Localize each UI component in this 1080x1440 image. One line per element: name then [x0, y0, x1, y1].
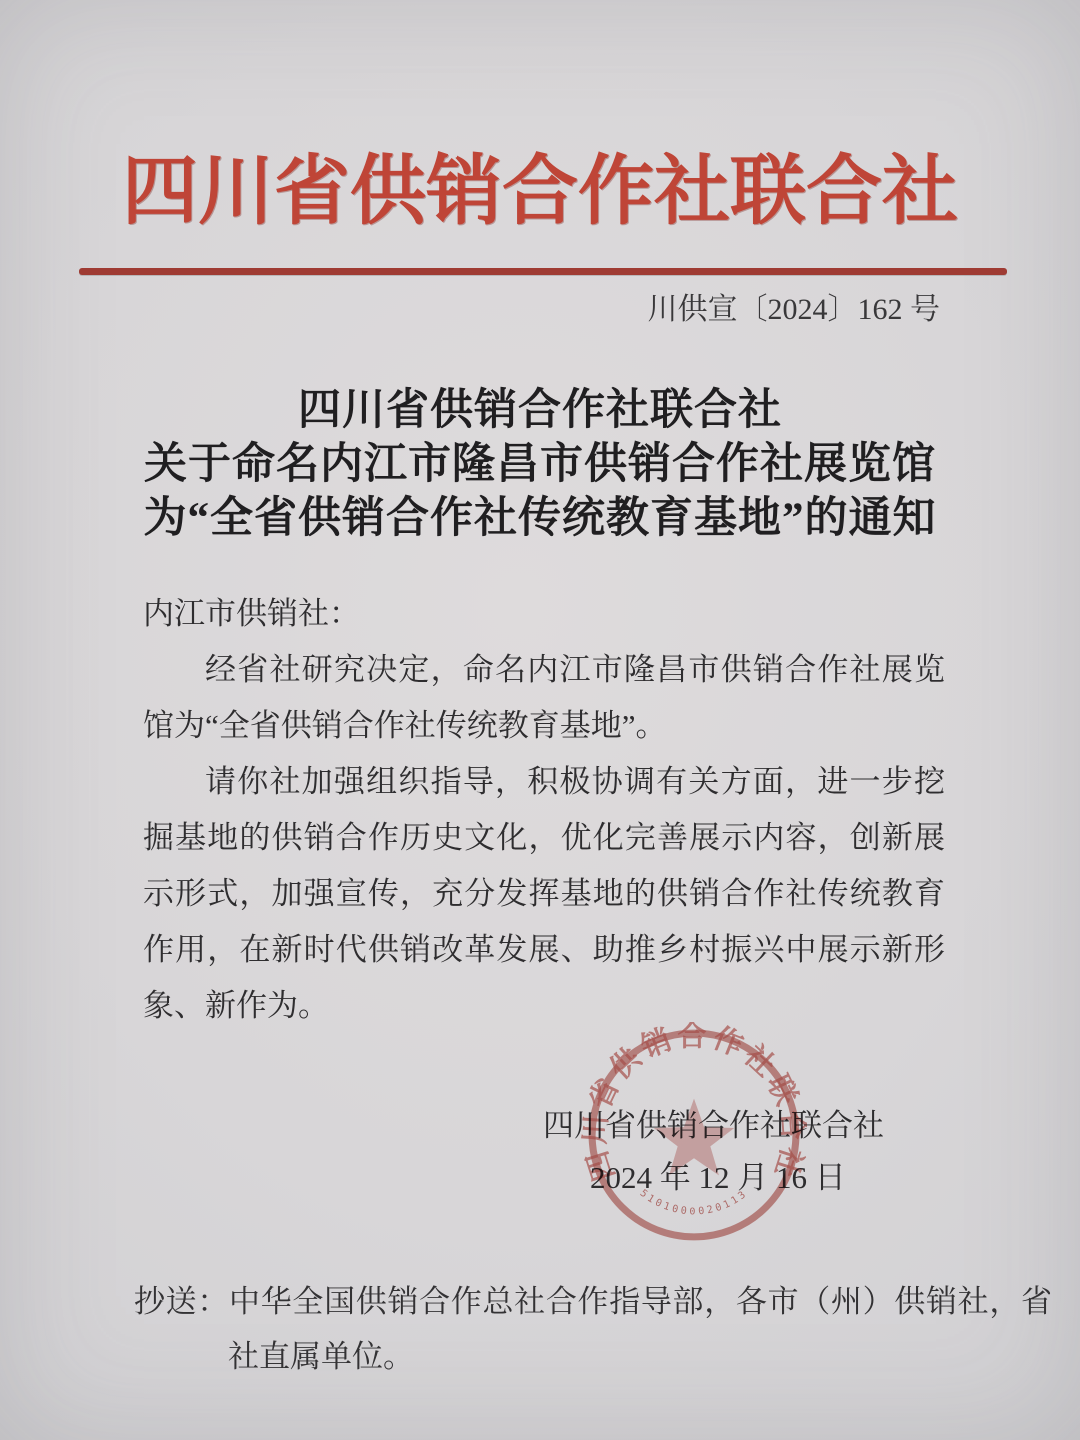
cc-content: 中华全国供销合作总社合作指导部，各市（州）供销社，省社直属单位。 — [228, 1284, 1052, 1374]
notice-title: 四川省供销合作社联合社 关于命名内江市隆昌市供销合作社展览馆 为“全省供销合作社… — [0, 384, 1080, 546]
official-seal: 四川省供销合作社联合社 5101000020113 — [581, 1022, 807, 1248]
notice-body: 内江市供销社： 经省社研究决定，命名内江市隆昌市供销合作社展览馆为“全省供销合作… — [143, 586, 945, 1034]
seal-code: 5101000020113 — [638, 1188, 751, 1218]
document-number: 川供宣〔2024〕162 号 — [648, 291, 941, 329]
salutation: 内江市供销社： — [143, 586, 945, 642]
notice-title-line-3: 为“全省供销合作社传统教育基地”的通知 — [0, 492, 1080, 546]
letterhead-org-name: 四川省供销合作社联合社 — [0, 146, 1080, 238]
document-page: 四川省供销合作社联合社 川供宣〔2024〕162 号 四川省供销合作社联合社 关… — [0, 0, 1080, 1440]
cc-block: 抄送：中华全国供销合作总社合作指导部，各市（州）供销社，省社直属单位。 — [134, 1274, 1052, 1384]
cc-label: 抄送： — [134, 1284, 229, 1319]
header-divider-rule — [79, 268, 1007, 275]
notice-title-line-1: 四川省供销合作社联合社 — [0, 384, 1080, 438]
notice-title-line-2: 关于命名内江市隆昌市供销合作社展览馆 — [0, 438, 1080, 492]
body-paragraph-1: 经省社研究决定，命名内江市隆昌市供销合作社展览馆为“全省供销合作社传统教育基地”… — [143, 642, 945, 754]
seal-star-icon — [654, 1099, 735, 1176]
svg-text:5101000020113: 5101000020113 — [638, 1188, 751, 1218]
body-paragraph-2: 请你社加强组织指导，积极协调有关方面，进一步挖掘基地的供销合作历史文化，优化完善… — [143, 754, 945, 1034]
